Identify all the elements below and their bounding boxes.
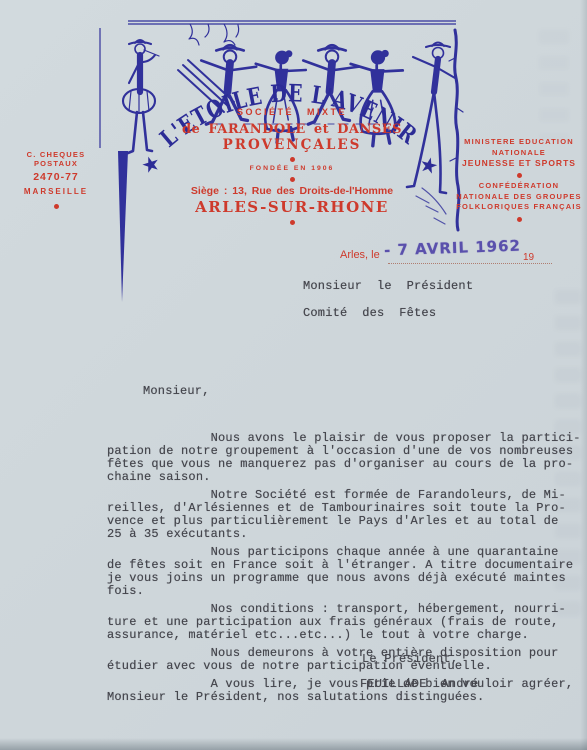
- ministry-line: NATIONALE: [456, 148, 582, 159]
- signature-name: FEUILLADE André: [360, 678, 478, 691]
- red-dot: [290, 220, 295, 225]
- affiliations-block: MINISTERE EDUCATION NATIONALE JEUNESSE E…: [456, 137, 582, 225]
- red-dot: [290, 157, 295, 162]
- ministry-line: JEUNESSE ET SPORTS: [456, 158, 582, 169]
- postal-label: C. CHEQUES POSTAUX: [6, 150, 106, 168]
- scan-edge: [580, 0, 587, 750]
- red-dot: [517, 173, 522, 178]
- recipient-line: Monsieur le Président: [303, 280, 473, 293]
- dateline: Arles, le 19 - 7 AVRIL 1962: [340, 246, 554, 266]
- seat-address: Siège : 13, Rue des Droits-de-l'Homme: [160, 185, 424, 198]
- date-stamp: - 7 AVRIL 1962: [384, 237, 522, 260]
- red-dot: [517, 217, 522, 222]
- society-block: SOCIÉTÉ MIXTE de FARANDOLE et DANSES PRO…: [160, 107, 424, 228]
- society-type: SOCIÉTÉ MIXTE: [160, 107, 424, 117]
- red-dot: [54, 204, 59, 209]
- salutation: Monsieur,: [143, 385, 573, 398]
- letter-body: Monsieur, Nous avons le plaisir de vous …: [107, 359, 573, 735]
- confederation-line: NATIONALE DES GROUPES: [456, 192, 582, 203]
- postal-city: MARSEILLE: [6, 187, 106, 197]
- society-name2: PROVENÇALES: [160, 138, 424, 153]
- paragraph: Notre Société est formée de Farandoleurs…: [107, 489, 573, 541]
- bleed-through-ghost: [539, 30, 569, 140]
- paragraph: Nous demeurons à votre entière dispositi…: [107, 647, 573, 673]
- ministry-line: MINISTERE EDUCATION: [456, 137, 582, 148]
- paragraph: Nous participons chaque année à une quar…: [107, 546, 573, 598]
- paragraph: A vous lire, je vous prie de bien vouloi…: [107, 678, 573, 704]
- confederation-line: CONFÉDÉRATION: [456, 181, 582, 192]
- paragraph: Nous avons le plaisir de vous proposer l…: [107, 432, 573, 484]
- drummer-figure: [123, 40, 159, 153]
- postal-number: 2470-77: [6, 171, 106, 183]
- year-prefix: 19: [523, 252, 534, 263]
- ribbon-tail: [118, 151, 128, 302]
- closing-role: Le Président,: [362, 653, 458, 666]
- paragraph: Nos conditions : transport, hébergement,…: [107, 603, 573, 642]
- scanned-letter-page: L'ETOILE DE L'AVENIR ★ ★ C. CHEQUES POST…: [0, 0, 587, 750]
- letter-paragraphs: Nous avons le plaisir de vous proposer l…: [107, 432, 573, 704]
- postal-account-block: C. CHEQUES POSTAUX 2470-77 MARSEILLE: [6, 150, 106, 212]
- date-place-label: Arles, le: [340, 249, 380, 261]
- founded-line: FONDÉE EN 1906: [160, 165, 424, 173]
- society-name: de FARANDOLE et DANSES: [160, 122, 424, 137]
- recipient-line: Comité des Fêtes: [303, 307, 436, 320]
- seat-city: ARLES-SUR-RHONE: [160, 199, 424, 216]
- foliage-sprig: [189, 24, 239, 45]
- dotted-rule: [388, 263, 552, 264]
- red-dot: [290, 177, 295, 182]
- frame-line: [128, 21, 456, 24]
- confederation-line: FOLKLORIQUES FRANÇAIS: [456, 202, 582, 213]
